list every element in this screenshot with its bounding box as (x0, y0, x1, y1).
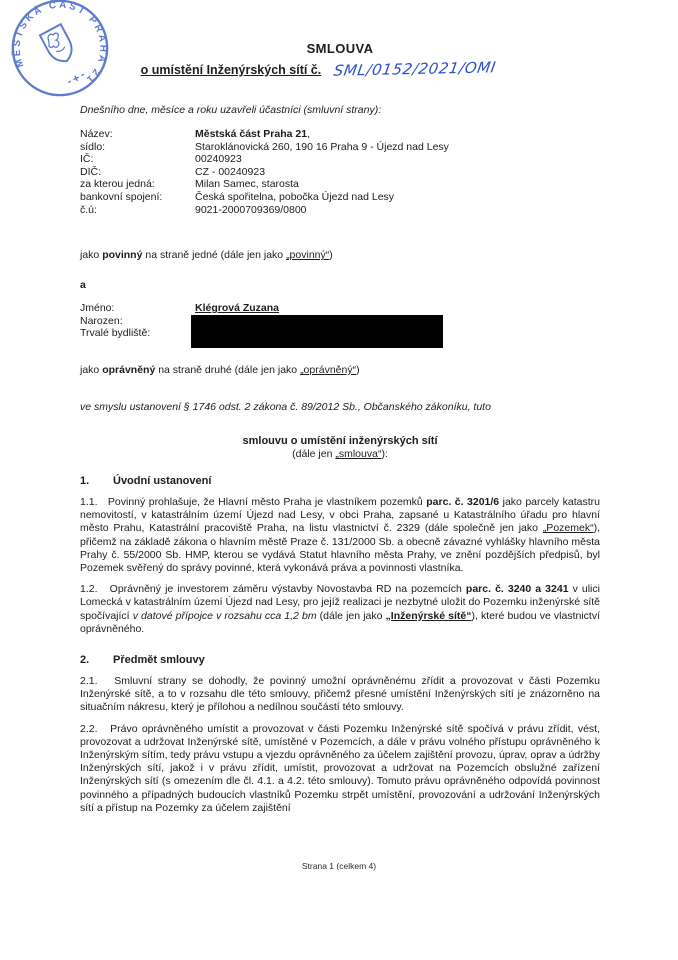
page-number: Strana 1 (celkem 4) (0, 861, 678, 871)
kv-row-nazev: Název: Městská část Praha 21, (80, 128, 600, 141)
kv-label: DIČ: (80, 166, 195, 179)
kv-row-banka: bankovní spojení: Česká spořitelna, pobo… (80, 191, 600, 204)
kv-row-ucet: č.ú: 9021-2000709369/0800 (80, 204, 600, 217)
designation-povinny: jako povinný na straně jedné (dále jen j… (80, 249, 600, 262)
kv-label: Jméno: (80, 302, 195, 315)
paragraph-2-2: 2.2. Právo oprávněného umístit a provozo… (80, 723, 600, 815)
intro-line: Dnešního dne, měsíce a roku uzavřeli úča… (80, 104, 600, 117)
conjunction-a: a (80, 279, 600, 292)
legal-clause: ve smyslu ustanovení § 1746 odst. 2 záko… (80, 401, 600, 414)
kv-label: Název: (80, 128, 195, 141)
page-subtitle: o umístění Inženýrských sítí č. (141, 63, 322, 77)
kv-label: za kterou jedná: (80, 178, 195, 191)
section-2-heading: 2. Předmět smlouvy (80, 653, 600, 667)
section-title: Úvodní ustanovení (113, 474, 211, 488)
kv-row-jedna: za kterou jedná: Milan Samec, starosta (80, 178, 600, 191)
contract-heading-sub: (dále jen „smlouva“): (80, 448, 600, 461)
kv-value: Milan Samec, starosta (195, 178, 600, 191)
kv-row-sidlo: sídlo: Staroklánovická 260, 190 16 Praha… (80, 141, 600, 154)
kv-row-dic: DIČ: CZ - 00240923 (80, 166, 600, 179)
kv-value: Klégrová Zuzana (195, 302, 600, 315)
kv-value: Městská část Praha 21, (195, 128, 600, 141)
contract-heading: smlouvu o umístění inženýrských sítí (80, 434, 600, 448)
party-obligated-block: Název: Městská část Praha 21, sídlo: Sta… (80, 128, 600, 216)
paragraph-1-2: 1.2. Oprávněný je investorem záměru výst… (80, 583, 600, 636)
kv-label: sídlo: (80, 141, 195, 154)
section-number: 1. (80, 474, 113, 488)
kv-value: 9021-2000709369/0800 (195, 204, 600, 217)
section-number: 2. (80, 653, 113, 667)
paragraph-1-1: 1.1. Povinný prohlašuje, že Hlavní město… (80, 496, 600, 575)
redaction-box (191, 315, 443, 348)
kv-row-ic: IČ: 00240923 (80, 153, 600, 166)
contract-page: MĚSTSKÁ ČÁST PRAHA 21 SMLOUVA o umístění… (0, 0, 678, 960)
kv-label: bankovní spojení: (80, 191, 195, 204)
section-title: Předmět smlouvy (113, 653, 205, 667)
paragraph-2-1: 2.1. Smluvní strany se dohodly, že povin… (80, 675, 600, 715)
kv-value: Česká spořitelna, pobočka Újezd nad Lesy (195, 191, 600, 204)
kv-value: CZ - 00240923 (195, 166, 600, 179)
kv-label: Trvalé bydliště: (80, 327, 195, 340)
title-block: SMLOUVA o umístění Inženýrských sítí č. … (80, 42, 600, 78)
kv-label: Narozen: (80, 315, 195, 328)
handwritten-contract-number: SML/0152/2021/OMI (332, 59, 497, 78)
section-1-heading: 1. Úvodní ustanovení (80, 474, 600, 488)
kv-row-jmeno: Jméno: Klégrová Zuzana (80, 302, 600, 315)
kv-value: 00240923 (195, 153, 600, 166)
party-entitled-block: Jméno: Klégrová Zuzana Narozen: Trvalé b… (80, 302, 600, 340)
kv-value: Staroklánovická 260, 190 16 Praha 9 - Új… (195, 141, 600, 154)
kv-label: IČ: (80, 153, 195, 166)
page-title: SMLOUVA (80, 42, 600, 56)
kv-label: č.ú: (80, 204, 195, 217)
designation-opravneny: jako oprávněný na straně druhé (dále jen… (80, 364, 600, 377)
